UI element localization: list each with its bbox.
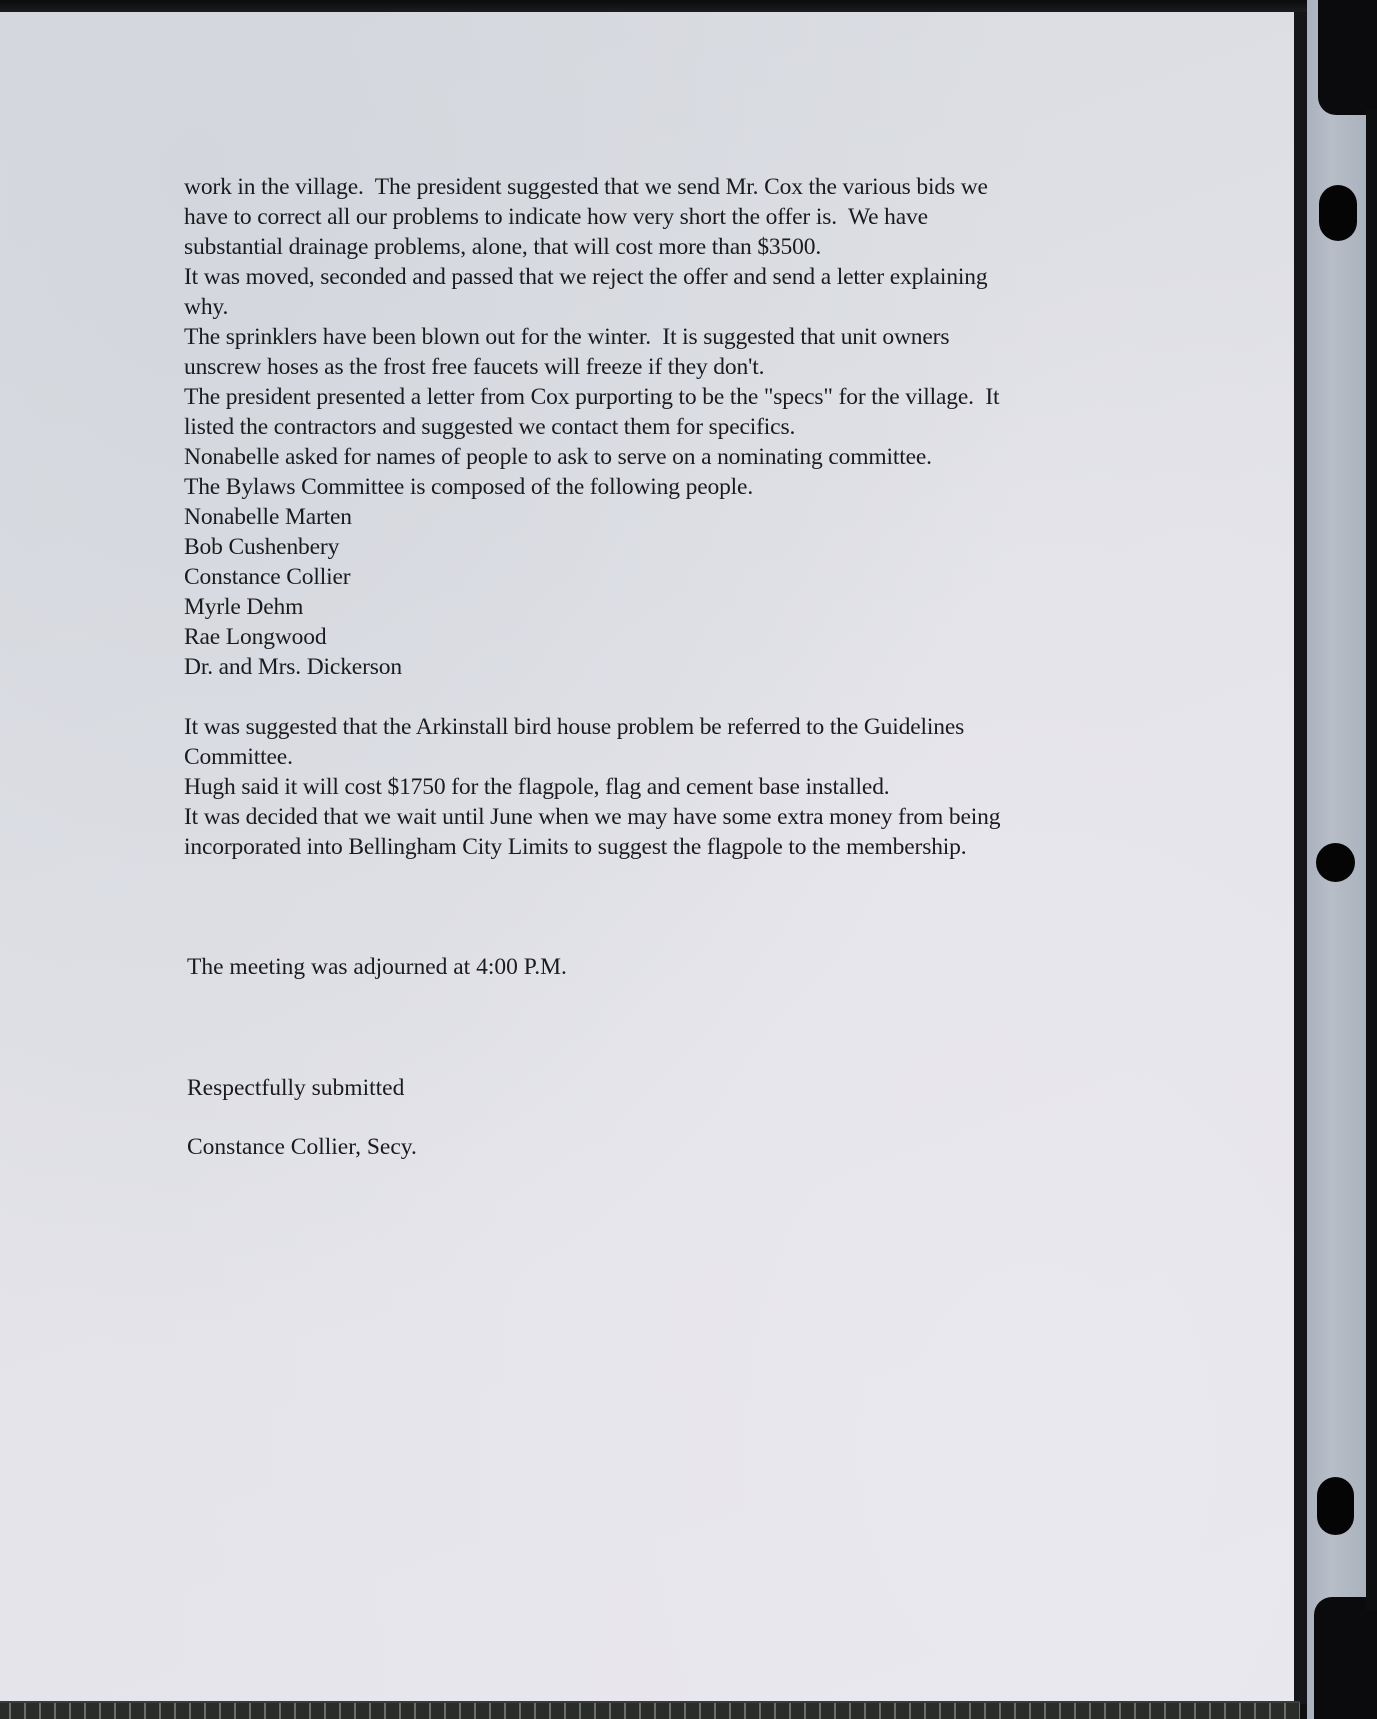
text-line: Hugh said it will cost $1750 for the fla… [184,772,1084,802]
text-line: The president presented a letter from Co… [184,382,1084,412]
text-line: It was decided that we wait until June w… [184,802,1084,832]
adjournment-line: The meeting was adjourned at 4:00 P.M. [187,952,567,982]
minutes-block-1: work in the village. The president sugge… [184,172,1084,502]
text-line: work in the village. The president sugge… [184,172,1084,202]
text-line: unscrew hoses as the frost free faucets … [184,352,1084,382]
photo-scene: work in the village. The president sugge… [0,0,1377,1719]
binder-hole-bottom-icon [1317,1477,1354,1535]
binder-hole-middle-icon [1316,843,1355,882]
text-line: Committee. [184,742,1084,772]
text-line: The sprinklers have been blown out for t… [184,322,1084,352]
closing-line: Respectfully submitted [187,1073,404,1103]
committee-member: Constance Collier [184,562,1084,592]
committee-member: Nonabelle Marten [184,502,1084,532]
committee-member: Dr. and Mrs. Dickerson [184,652,1084,682]
text-line: why. [184,292,1084,322]
text-line: have to correct all our problems to indi… [184,202,1084,232]
protector-top-notch [1318,0,1377,115]
binder-hole-top-icon [1319,185,1357,241]
page-right-shadow [1294,12,1308,1704]
text-line: Nonabelle asked for names of people to a… [184,442,1084,472]
minutes-block-2: It was suggested that the Arkinstall bir… [184,712,1084,862]
minutes-body: work in the village. The president sugge… [184,172,1084,862]
protector-right-edge [1366,110,1377,1610]
bylaws-committee-list: Nonabelle Marten Bob Cushenbery Constanc… [184,502,1084,682]
signature-line: Constance Collier, Secy. [187,1132,417,1162]
text-line: It was suggested that the Arkinstall bir… [184,712,1084,742]
text-line: incorporated into Bellingham City Limits… [184,832,1084,862]
committee-member: Bob Cushenbery [184,532,1084,562]
committee-member: Myrle Dehm [184,592,1084,622]
text-line: It was moved, seconded and passed that w… [184,262,1084,292]
bottom-perforated-edge [0,1701,1300,1719]
text-line: substantial drainage problems, alone, th… [184,232,1084,262]
text-line: The Bylaws Committee is composed of the … [184,472,1084,502]
protector-bottom-notch [1314,1597,1377,1719]
committee-member: Rae Longwood [184,622,1084,652]
text-line: listed the contractors and suggested we … [184,412,1084,442]
paragraph-gap [184,682,1084,712]
